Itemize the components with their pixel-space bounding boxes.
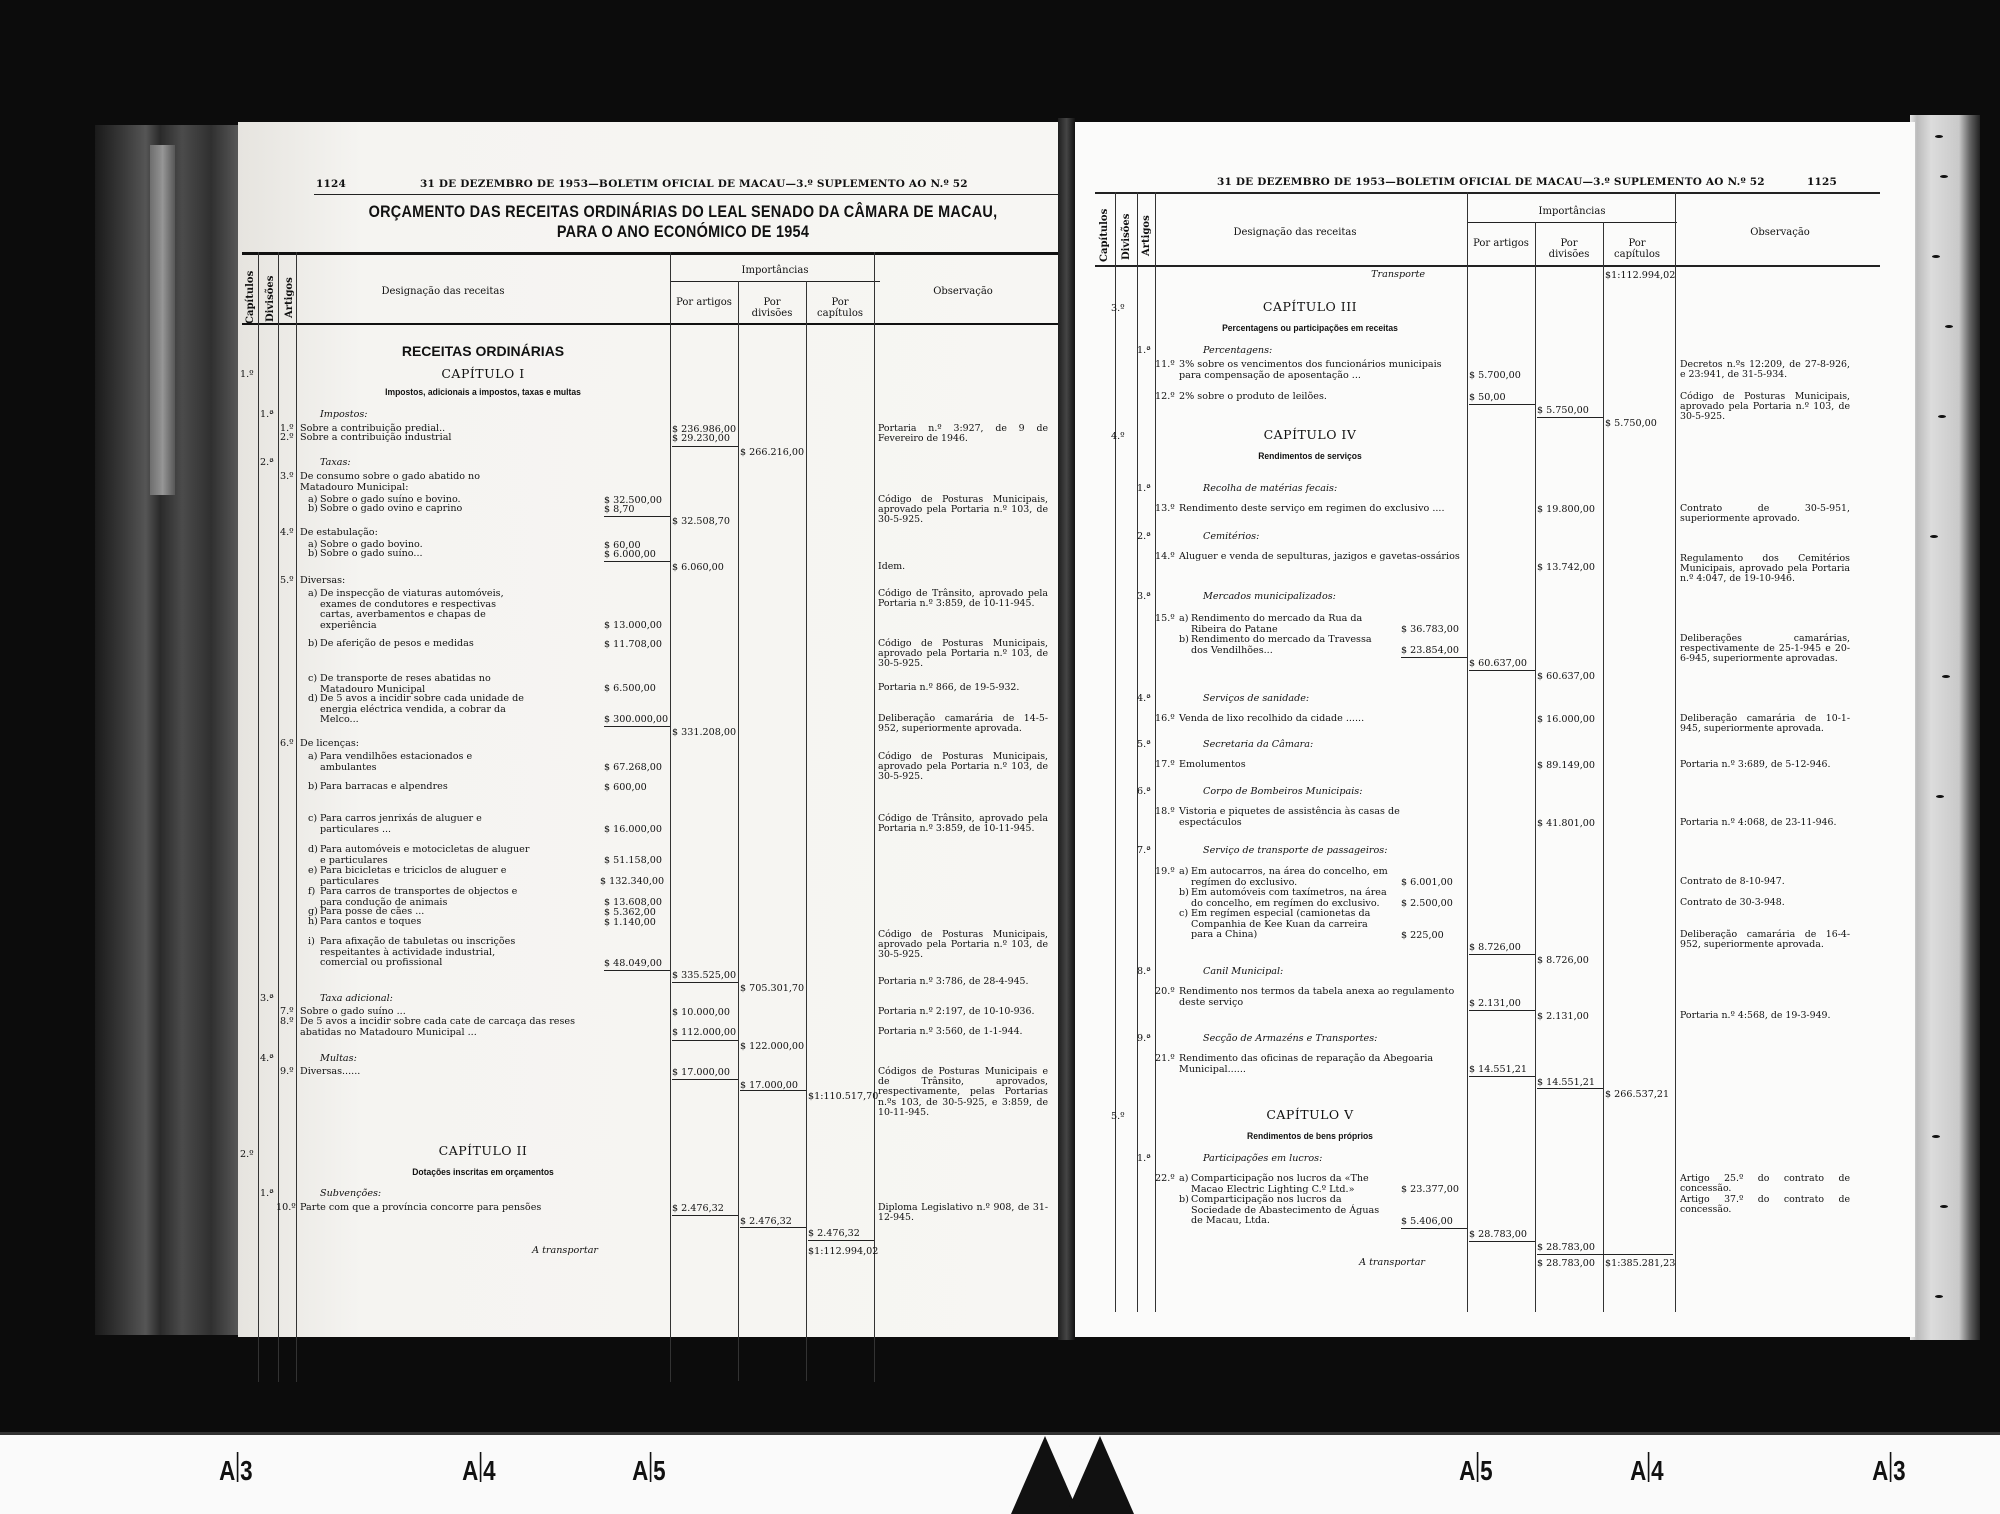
page-number: 1124 <box>316 178 346 190</box>
observation: Código de Trânsito, aprovado pela Portar… <box>878 814 1048 834</box>
article-text: De consumo sobre o gado abatido no Matad… <box>300 472 520 493</box>
item-text: Comparticipação nos lucros da «The Macao… <box>1191 1174 1391 1195</box>
article-number: 3.º <box>280 472 294 483</box>
item-text: Para automóveis e motocicletas de alugue… <box>320 845 530 866</box>
observation: Códigos de Posturas Municipais e de Trân… <box>878 1067 1048 1118</box>
observation: Código de Posturas Municipais, aprovado … <box>878 639 1048 670</box>
article-number: 20.º <box>1155 987 1175 998</box>
article-amount: $ 14.551,21 <box>1469 1064 1527 1075</box>
observation: Contrato de 30-3-948. <box>1680 898 1850 908</box>
header-por-artigos: Por artigos <box>674 297 734 308</box>
article-total: $ 28.783,00 <box>1469 1229 1527 1240</box>
observation: Portaria n.º 3:560, de 1-1-944. <box>878 1027 1048 1037</box>
division-number: 2.ª <box>1137 532 1151 543</box>
article-text: De licenças: <box>300 739 359 750</box>
article-number: 5.º <box>280 576 294 587</box>
chapter-subtitle: Percentagens ou participações em receita… <box>1171 324 1450 335</box>
article-amount: $ 5.700,00 <box>1469 370 1521 381</box>
chapter-title: CAPÍTULO V <box>1155 1110 1465 1121</box>
division-name: Secretaria da Câmara: <box>1203 740 1313 751</box>
observation: Portaria n.º 866, de 19-5-932. <box>878 683 1048 693</box>
observation: Decretos n.ºs 12:209, de 27-8-926, e 23:… <box>1680 360 1850 380</box>
division-number: 3.ª <box>260 994 274 1005</box>
item-letter: d) <box>308 694 318 705</box>
running-head: 31 DE DEZEMBRO DE 1953—BOLETIM OFICIAL D… <box>1217 176 1765 188</box>
division-name: Participações em lucros: <box>1203 1154 1322 1165</box>
item-letter: a) <box>308 752 317 763</box>
article-text: De estabulação: <box>300 528 378 539</box>
article-number: 21.º <box>1155 1054 1175 1065</box>
article-amount: $ 2.131,00 <box>1469 998 1521 1009</box>
observation: Código de Posturas Municipais, aprovado … <box>1680 392 1850 423</box>
header-por-divisoes: Por divisões <box>1539 238 1599 260</box>
observation: Idem. <box>878 562 1048 572</box>
page-stack-left <box>95 125 240 1335</box>
item-amount: $ 36.783,00 <box>1401 624 1459 635</box>
item-amount: $ 8,70 <box>604 504 635 515</box>
division-number: 9.ª <box>1137 1034 1151 1045</box>
item-text: Para afixação de tabuletas ou inscrições… <box>320 937 530 969</box>
item-amount: $ 23.377,00 <box>1401 1184 1459 1195</box>
header-divisoes: Divisões <box>265 276 276 322</box>
chapter-total: $1:110.517,70 <box>808 1091 878 1102</box>
observation: Artigo 25.º do contrato de concessão. <box>1680 1174 1850 1194</box>
division-number: 6.ª <box>1137 787 1151 798</box>
article-number: 15.º <box>1155 614 1175 625</box>
chapter-title: CAPÍTULO III <box>1155 302 1465 313</box>
article-text: Vistoria e piquetes de assistência às ca… <box>1179 807 1463 828</box>
item-letter: b) <box>308 504 318 515</box>
article-amount: $ 17.000,00 <box>672 1067 730 1078</box>
division-number: 7.ª <box>1137 846 1151 857</box>
article-text: Diversas...... <box>300 1067 360 1078</box>
item-amount: $ 2.500,00 <box>1401 898 1453 909</box>
article-text: Emolumentos <box>1179 760 1246 771</box>
header-designacao: Designação das receitas <box>328 286 558 297</box>
article-amount: $ 10.000,00 <box>672 1007 730 1018</box>
carry-label: A transportar <box>1175 1258 1425 1269</box>
item-text: Em autocarros, na área do concelho, em r… <box>1191 867 1391 888</box>
division-number: 3.ª <box>1137 592 1151 603</box>
item-text: Para cantos e toques <box>320 917 421 928</box>
article-text: Sobre a contribuição industrial <box>300 433 452 444</box>
observation: Portaria n.º 3:689, de 5-12-946. <box>1680 760 1850 770</box>
division-number: 1.ª <box>1137 484 1151 495</box>
observation: Portaria n.º 4:068, de 23-11-946. <box>1680 818 1850 828</box>
film-wedge-right <box>1066 1436 1134 1514</box>
item-letter: a) <box>1179 614 1188 625</box>
division-total: $ 41.801,00 <box>1537 818 1595 829</box>
header-designacao: Designação das receitas <box>1185 227 1405 238</box>
article-text: 2% sobre o produto de leilões. <box>1179 392 1327 403</box>
header-importancias: Importâncias <box>670 265 880 276</box>
article-text: 3% sobre os vencimentos dos funcionários… <box>1179 360 1463 381</box>
article-amount: $ 50,00 <box>1469 392 1506 403</box>
item-text: Sobre o gado suíno... <box>320 549 423 560</box>
chapter-number: 4.º <box>1111 432 1125 443</box>
item-letter: a) <box>1179 1174 1188 1185</box>
article-text: Venda de lixo recolhido da cidade ...... <box>1179 714 1364 725</box>
chapter-subtitle: Rendimentos de bens próprios <box>1171 1132 1450 1143</box>
division-number: 5.ª <box>1137 740 1151 751</box>
item-letter: b) <box>1179 1195 1189 1206</box>
section-heading: RECEITAS ORDINÁRIAS <box>298 346 668 357</box>
header-por-artigos: Por artigos <box>1471 238 1531 249</box>
article-number: 13.º <box>1155 504 1175 515</box>
article-number: 14.º <box>1155 552 1175 563</box>
item-text: Para bicicletas e triciclos de aluguer e… <box>320 866 530 887</box>
film-mark: A4 <box>1630 1452 1663 1487</box>
article-text: Rendimento das oficinas de reparação da … <box>1179 1054 1463 1075</box>
division-total: $ 28.783,00 <box>1537 1242 1595 1253</box>
article-number: 12.º <box>1155 392 1175 403</box>
chapter-title: CAPÍTULO II <box>298 1146 668 1157</box>
article-number: 10.º <box>276 1203 296 1214</box>
division-name: Percentagens: <box>1203 346 1272 357</box>
article-amount: $ 112.000,00 <box>672 1027 736 1038</box>
header-artigos: Artigos <box>284 277 295 318</box>
item-amount: $ 225,00 <box>1401 930 1444 941</box>
division-number: 1.ª <box>1137 1154 1151 1165</box>
observation: Deliberação camarária de 16-4-952, super… <box>1680 930 1850 950</box>
observation: Código de Posturas Municipais, aprovado … <box>878 930 1048 961</box>
observation: Código de Posturas Municipais, aprovado … <box>878 752 1048 783</box>
item-letter: f) <box>308 887 315 898</box>
item-amount: $ 600,00 <box>604 782 647 793</box>
document-title: ORÇAMENTO DAS RECEITAS ORDINÁRIAS DO LEA… <box>330 202 1036 222</box>
film-mark: A3 <box>219 1452 252 1487</box>
division-name: Mercados municipalizados: <box>1203 592 1336 603</box>
article-amount: $ 2.476,32 <box>672 1203 724 1214</box>
film-mark: A5 <box>1459 1452 1492 1487</box>
item-amount: $ 16.000,00 <box>604 824 662 835</box>
header-por-capitulos: Por capítulos <box>810 297 870 319</box>
article-text: Aluguer e venda de sepulturas, jazigos e… <box>1179 552 1463 563</box>
item-text: De transporte de reses abatidas no Matad… <box>320 674 530 695</box>
division-number: 1.ª <box>260 410 274 421</box>
item-text: De aferição de pesos e medidas <box>320 639 474 650</box>
running-head: 31 DE DEZEMBRO DE 1953—BOLETIM OFICIAL D… <box>420 178 968 190</box>
transport-total: $1:112.994,02 <box>1605 270 1675 281</box>
transport-label: Transporte <box>1175 270 1425 281</box>
item-text: Para vendilhões estacionados e ambulante… <box>320 752 530 773</box>
article-text: Parte com que a província concorre para … <box>300 1203 541 1214</box>
header-importancias: Importâncias <box>1467 206 1677 217</box>
film-mark: A5 <box>632 1452 665 1487</box>
article-total: $ 8.726,00 <box>1469 942 1521 953</box>
article-number: 16.º <box>1155 714 1175 725</box>
chapter-title: CAPÍTULO IV <box>1155 430 1465 441</box>
observation: Deliberação camarária de 14-5-952, super… <box>878 714 1048 734</box>
header-capitulos: Capítulos <box>245 271 256 324</box>
item-text: Para carros jenrixás de aluguer e partic… <box>320 814 530 835</box>
item-letter: b) <box>1179 888 1189 899</box>
item-text: Para carros de transportes de objectos e… <box>320 887 530 908</box>
header-por-capitulos: Por capítulos <box>1607 238 1667 260</box>
division-total: $ 16.000,00 <box>1537 714 1595 725</box>
document-subtitle: PARA O ANO ECONÓMICO DE 1954 <box>330 222 1036 242</box>
observation: Portaria n.º 2:197, de 10-10-936. <box>878 1007 1048 1017</box>
header-divisoes: Divisões <box>1121 214 1132 260</box>
article-number: 6.º <box>280 739 294 750</box>
left-page: 1124 31 DE DEZEMBRO DE 1953—BOLETIM OFIC… <box>238 122 1058 1337</box>
item-amount: $ 6.000,00 <box>604 549 656 560</box>
item-text: Para barracas e alpendres <box>320 782 448 793</box>
chapter-title: CAPÍTULO I <box>298 369 668 380</box>
division-name: Canil Municipal: <box>1203 967 1283 978</box>
article-number: 11.º <box>1155 360 1175 371</box>
division-total: $ 19.800,00 <box>1537 504 1595 515</box>
article-number: 4.º <box>280 528 294 539</box>
item-amount: $ 1.140,00 <box>604 917 656 928</box>
chapter-subtitle: Rendimentos de serviços <box>1171 452 1450 463</box>
observation: Artigo 37.º do contrato de concessão. <box>1680 1195 1850 1215</box>
page-stack-right <box>1910 115 1980 1340</box>
article-total: $ 331.208,00 <box>672 727 736 738</box>
article-total: $ 32.508,70 <box>672 516 730 527</box>
division-name: Serviços de sanidade: <box>1203 694 1309 705</box>
division-number: 2.ª <box>260 458 274 469</box>
carry-total: $1:112.994,02 <box>808 1246 878 1257</box>
header-observacao: Observação <box>878 286 1048 297</box>
item-letter: i) <box>308 937 315 948</box>
division-total: $ 89.149,00 <box>1537 760 1595 771</box>
item-amount: $ 6.500,00 <box>604 683 656 694</box>
division-total: $ 705.301,70 <box>740 983 804 994</box>
item-amount: $ 67.268,00 <box>604 762 662 773</box>
division-name: Cemitérios: <box>1203 532 1259 543</box>
division-name: Taxa adicional: <box>320 994 393 1005</box>
division-total: $ 5.750,00 <box>1537 405 1589 416</box>
article-text: Rendimento nos termos da tabela anexa ao… <box>1179 987 1463 1008</box>
article-text: Diversas: <box>300 576 345 587</box>
item-text: Em automóveis com taxímetros, na área do… <box>1191 888 1391 909</box>
item-amount: $ 51.158,00 <box>604 855 662 866</box>
header-capitulos: Capítulos <box>1099 209 1110 262</box>
division-total: $ 60.637,00 <box>1537 671 1595 682</box>
observation: Contrato de 8-10-947. <box>1680 877 1850 887</box>
item-letter: c) <box>308 814 317 825</box>
item-letter: b) <box>308 782 318 793</box>
item-amount: $ 11.708,00 <box>604 639 662 650</box>
item-amount: $ 23.854,00 <box>1401 645 1459 656</box>
division-total: $ 13.742,00 <box>1537 562 1595 573</box>
page-number: 1125 <box>1807 176 1837 188</box>
item-text: Em regímen especial (camionetas da Compa… <box>1191 909 1391 941</box>
division-total: $ 122.000,00 <box>740 1041 804 1052</box>
chapter-subtitle: Impostos, adicionais a impostos, taxas e… <box>317 388 650 399</box>
item-text: De 5 avos a incidir sobre cada unidade d… <box>320 694 530 726</box>
film-mark: A4 <box>462 1452 495 1487</box>
item-amount: $ 5.406,00 <box>1401 1216 1453 1227</box>
item-letter: b) <box>308 639 318 650</box>
carry-total: $1:385.281,23 <box>1605 1258 1675 1269</box>
division-total: $ 2.131,00 <box>1537 1011 1589 1022</box>
chapter-total: $ 5.750,00 <box>1605 418 1657 429</box>
division-name: Taxas: <box>320 458 351 469</box>
book-gutter <box>1058 118 1075 1340</box>
film-strip <box>0 1432 2000 1514</box>
item-letter: c) <box>1179 909 1188 920</box>
article-total: $ 60.637,00 <box>1469 658 1527 669</box>
item-amount: $ 13.000,00 <box>604 620 662 631</box>
observation: Regulamento dos Cemitérios Municipais, a… <box>1680 554 1850 585</box>
chapter-number: 2.º <box>240 1150 254 1161</box>
header-artigos: Artigos <box>1141 215 1152 256</box>
chapter-number: 5.º <box>1111 1112 1125 1123</box>
header-observacao: Observação <box>1680 227 1880 238</box>
article-text: Rendimento deste serviço em regimen do e… <box>1179 504 1445 515</box>
header-por-divisoes: Por divisões <box>742 297 802 319</box>
observation: Portaria n.º 3:927, de 9 de Fevereiro de… <box>878 424 1048 444</box>
article-number: 8.º <box>280 1017 294 1028</box>
division-total: $ 266.216,00 <box>740 447 804 458</box>
item-letter: b) <box>1179 635 1189 646</box>
division-total: $ 8.726,00 <box>1537 955 1589 966</box>
chapter-subtitle: Dotações inscritas em orçamentos <box>317 1168 650 1179</box>
division-name: Multas: <box>320 1054 357 1065</box>
division-name: Impostos: <box>320 410 368 421</box>
article-number: 18.º <box>1155 807 1175 818</box>
division-number: 4.ª <box>1137 694 1151 705</box>
item-text: Rendimento do mercado da Rua da Ribeira … <box>1191 614 1391 635</box>
item-amount: $ 6.001,00 <box>1401 877 1453 888</box>
right-page: 31 DE DEZEMBRO DE 1953—BOLETIM OFICIAL D… <box>1075 122 1915 1337</box>
division-total: $ 14.551,21 <box>1537 1077 1595 1088</box>
item-letter: c) <box>308 674 317 685</box>
item-letter: a) <box>1179 867 1188 878</box>
item-text: Sobre o gado ovino e caprino <box>320 504 462 515</box>
film-mark: A3 <box>1872 1452 1905 1487</box>
chapter-number: 3.º <box>1111 304 1125 315</box>
division-number: 4.ª <box>260 1054 274 1065</box>
observation: Portaria n.º 4:568, de 19-3-949. <box>1680 1011 1850 1021</box>
item-text: Comparticipação nos lucros da Sociedade … <box>1191 1195 1391 1227</box>
item-letter: e) <box>308 866 317 877</box>
article-number: 19.º <box>1155 867 1175 878</box>
article-total: $ 6.060,00 <box>672 562 724 573</box>
division-name: Recolha de matérias fecais: <box>1203 484 1337 495</box>
carry-label: A transportar <box>358 1246 598 1257</box>
item-letter: h) <box>308 917 318 928</box>
article-amount: $ 29.230,00 <box>672 433 730 444</box>
item-letter: a) <box>308 589 317 600</box>
observation: Contrato de 30-5-951, superiormente apro… <box>1680 504 1850 524</box>
observation: Deliberações camarárias, respectivamente… <box>1680 634 1850 665</box>
chapter-total: $ 266.537,21 <box>1605 1089 1669 1100</box>
chapter-total: $ 2.476,32 <box>808 1228 860 1239</box>
article-total: $ 335.525,00 <box>672 970 736 981</box>
division-name: Subvenções: <box>320 1189 381 1200</box>
division-total: $ 2.476,32 <box>740 1216 792 1227</box>
division-number: 1.ª <box>1137 346 1151 357</box>
item-amount: $ 132.340,00 <box>600 876 664 887</box>
article-number: 22.º <box>1155 1174 1175 1185</box>
item-amount: $ 300.000,00 <box>604 714 668 725</box>
division-name: Serviço de transporte de passageiros: <box>1203 846 1387 857</box>
division-name: Secção de Armazéns e Transportes: <box>1203 1034 1377 1045</box>
division-name: Corpo de Bombeiros Municipais: <box>1203 787 1362 798</box>
article-number: 9.º <box>280 1067 294 1078</box>
observation: Diploma Legislativo n.º 908, de 31-12-94… <box>878 1203 1048 1223</box>
article-text: De 5 avos a incidir sobre cada cate de c… <box>300 1017 590 1038</box>
article-number: 17.º <box>1155 760 1175 771</box>
observation: Código de Posturas Municipais, aprovado … <box>878 495 1048 526</box>
observation: Deliberação camarária de 10-1-945, super… <box>1680 714 1850 734</box>
article-number: 2.º <box>280 433 294 444</box>
division-number: 8.ª <box>1137 967 1151 978</box>
item-amount: $ 48.049,00 <box>604 958 662 969</box>
division-number: 1.ª <box>260 1189 274 1200</box>
observation: Código de Trânsito, aprovado pela Portar… <box>878 589 1048 609</box>
chapter-number: 1.º <box>240 370 254 381</box>
item-text: De inspecção de viaturas automóveis, exa… <box>320 589 530 631</box>
item-text: Rendimento do mercado da Travessa dos Ve… <box>1191 635 1391 656</box>
carry-division: $ 28.783,00 <box>1537 1258 1595 1269</box>
item-letter: b) <box>308 549 318 560</box>
item-letter: d) <box>308 845 318 856</box>
observation: Portaria n.º 3:786, de 28-4-945. <box>878 977 1048 987</box>
